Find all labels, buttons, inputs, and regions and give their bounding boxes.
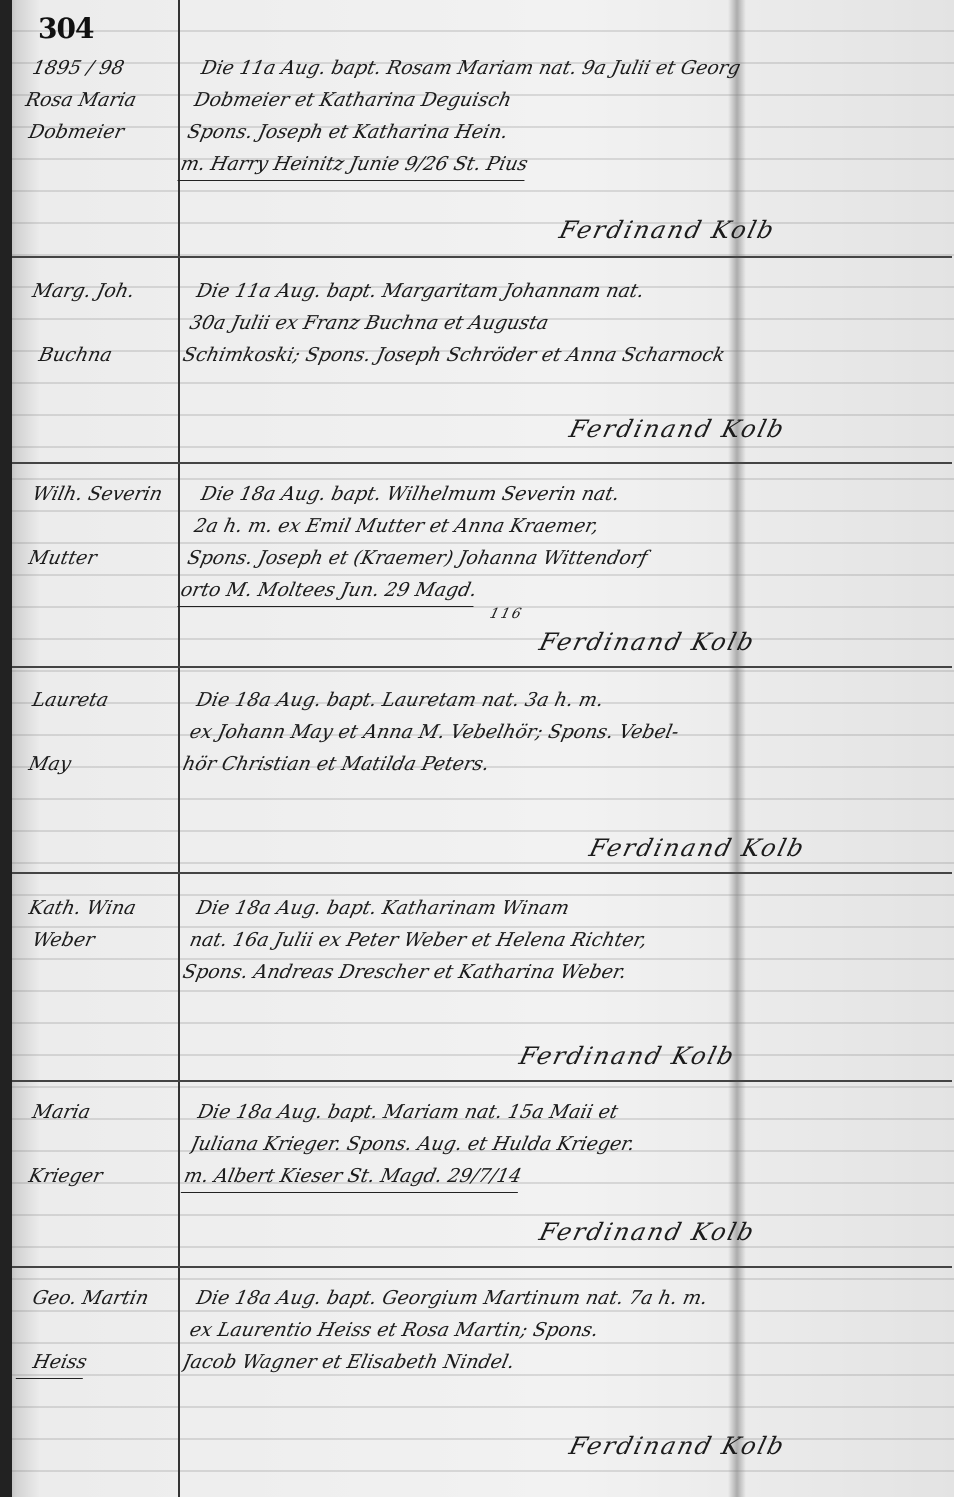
entry-margin-name: Wilh. Severin Mutter <box>16 478 186 574</box>
entry-annotation: 116 <box>488 606 525 622</box>
margin-column-rule <box>178 0 180 1497</box>
entry-text: Die 18a Aug. bapt. Katharinam Winam nat.… <box>180 892 930 988</box>
entry-text: Die 18a Aug. bapt. Mariam nat. 15a Maii … <box>179 1096 932 1203</box>
entry-text: Die 11a Aug. bapt. Rosam Mariam nat. 9a … <box>175 52 935 191</box>
priest-signature: Ferdinand Kolb <box>537 628 759 656</box>
ledger-page: 304 1895 / 98 Rosa Maria Dobmeier Die 11… <box>0 0 954 1497</box>
entry-divider <box>12 1266 952 1268</box>
entry-divider <box>12 666 952 668</box>
entry-margin-name: Geo. Martin Heiss <box>16 1282 187 1379</box>
entry-text: Die 18a Aug. bapt. Georgium Martinum nat… <box>180 1282 930 1378</box>
entry-divider <box>12 462 952 464</box>
priest-signature: Ferdinand Kolb <box>567 415 789 443</box>
priest-signature: Ferdinand Kolb <box>587 834 809 862</box>
priest-signature: Ferdinand Kolb <box>517 1042 739 1070</box>
entry-divider <box>12 1080 952 1082</box>
entry-margin-name: 1895 / 98 Rosa Maria Dobmeier <box>16 52 186 148</box>
entry-divider <box>12 256 952 258</box>
entry-margin-name: Kath. Wina Weber <box>19 892 183 956</box>
entry-text: Die 11a Aug. bapt. Margaritam Johannam n… <box>180 275 930 371</box>
entry-margin-name: Marg. Joh. Buchna <box>16 275 186 371</box>
priest-signature: Ferdinand Kolb <box>557 216 779 244</box>
page-number: 304 <box>38 12 93 45</box>
entry-divider <box>12 872 952 874</box>
priest-signature: Ferdinand Kolb <box>567 1432 789 1460</box>
entry-text: Die 18a Aug. bapt. Lauretam nat. 3a h. m… <box>180 684 930 780</box>
priest-signature: Ferdinand Kolb <box>537 1218 759 1246</box>
book-binding <box>0 0 12 1497</box>
entry-text: Die 18a Aug. bapt. Wilhelmum Severin nat… <box>175 478 935 617</box>
entry-margin-name: Laureta May <box>16 684 186 780</box>
entry-margin-name: Maria Krieger <box>16 1096 186 1192</box>
